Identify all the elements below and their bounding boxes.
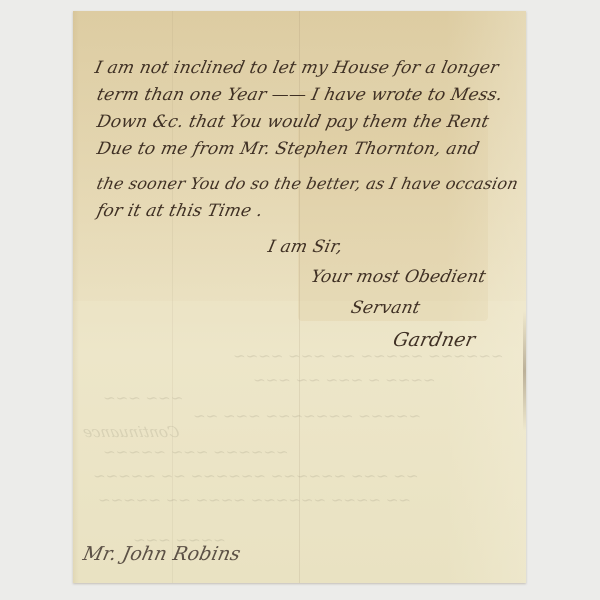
letter-line: for it at this Time . — [95, 201, 265, 221]
letter-page: ~~~~~~ ~~~~~ ~~ ~~~ ~~~~ ~~~~ ~ ~~~ ~~ ~… — [73, 11, 526, 583]
letter-line: term than one Year —— I have wrote to Me… — [95, 85, 504, 105]
signature: Gardner — [391, 329, 477, 351]
closing-salutation: I am Sir, — [266, 237, 345, 257]
letter-line: the sooner You do so the better, as I ha… — [95, 174, 520, 193]
bleed-through-text: ~~~ ~~~ — [101, 389, 184, 407]
closing-line: Your most Obedient — [309, 267, 488, 287]
bleed-through-text: Continuance — [81, 423, 180, 441]
letter-line: I am not inclined to let my House for a … — [93, 58, 501, 78]
bleed-through-text: ~~~~~~ ~~~ ~~~~~ — [101, 443, 290, 461]
addressee: Mr. John Robins — [81, 543, 243, 565]
bleed-through-text: ~~ ~~~~ ~~~~~~ ~~~~ ~~ ~~~~~ — [96, 491, 412, 509]
bleed-through-text: ~~ ~~~ ~~~~~~ ~~~~~~ ~~ ~~~~~ — [91, 467, 420, 485]
closing-line: Servant — [349, 298, 422, 318]
edge-wear — [523, 311, 526, 431]
letter-line: Down &c. that You would pay them the Ren… — [95, 112, 491, 132]
bleed-through-text: ~~~~ ~ ~~~ ~~ ~~~ — [251, 371, 437, 389]
letter-line: Due to me from Mr. Stephen Thornton, and — [95, 139, 481, 159]
bleed-through-text: ~~~~~ ~~~~~~~ ~~~ ~~ — [191, 407, 422, 425]
